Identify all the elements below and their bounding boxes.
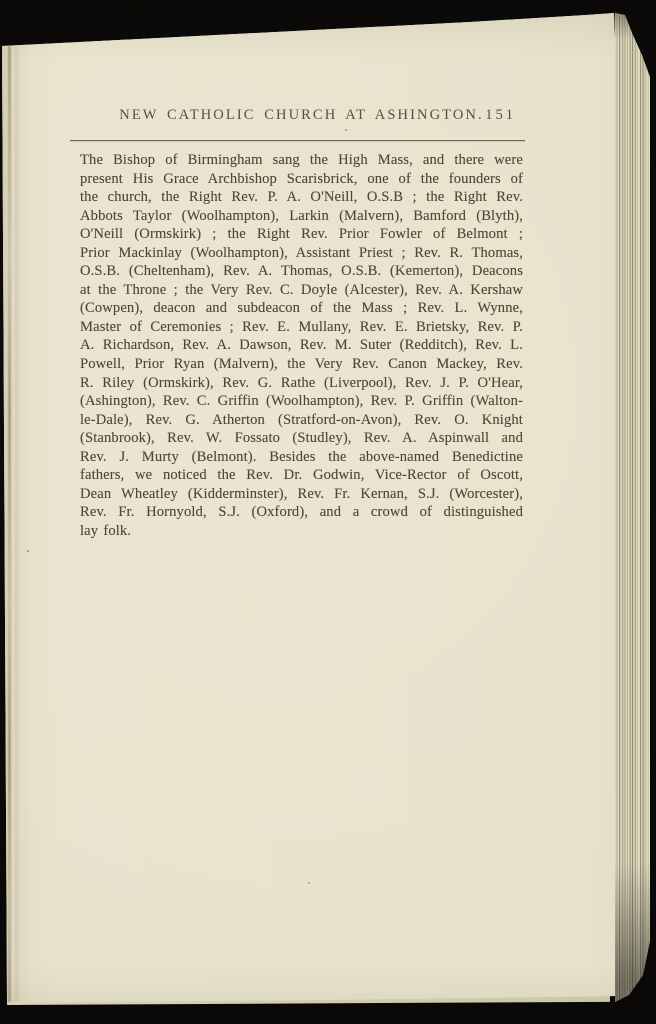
text-line: (Ashington), Rev. C. Griffin (Woolhampto… (80, 392, 523, 411)
text-line: A. Richardson, Rev. A. Dawson, Rev. M. S… (80, 336, 523, 355)
text-line: O'Neill (Ormskirk) ; the Right Rev. Prio… (80, 225, 523, 244)
text-line: present His Grace Archbishop Scarisbrick… (80, 170, 523, 189)
text-line: fathers, we noticed the Rev. Dr. Godwin,… (80, 466, 523, 485)
page-header: NEW CATHOLIC CHURCH AT ASHINGTON. 151 (80, 107, 523, 129)
gutter-shadow (15, 46, 21, 1002)
text-line: Rev. J. Murty (Belmont). Besides the abo… (80, 448, 523, 467)
text-line: Rev. Fr. Hornyold, S.J. (Oxford), and a … (80, 503, 523, 522)
article-text: The Bishop of Birmingham sang the High M… (80, 151, 523, 540)
text-line: The Bishop of Birmingham sang the High M… (80, 151, 523, 170)
text-line: O.S.B. (Cheltenham), Rev. A. Thomas, O.S… (80, 262, 523, 281)
book-page: NEW CATHOLIC CHURCH AT ASHINGTON. 151 Th… (0, 0, 656, 1024)
dust-speck (27, 550, 29, 552)
text-line: Abbots Taylor (Woolhampton), Larkin (Mal… (80, 207, 523, 226)
running-title: NEW CATHOLIC CHURCH AT ASHINGTON. (80, 107, 523, 124)
text-line: (Cowpen), deacon and subdeacon of the Ma… (80, 299, 523, 318)
text-line: the church, the Right Rev. P. A. O'Neill… (80, 188, 523, 207)
text-line: Dean Wheatley (Kidderminster), Rev. Fr. … (80, 485, 523, 504)
gutter-crease (8, 46, 11, 1002)
text-line: le-Dale), Rev. G. Atherton (Stratford-on… (80, 411, 523, 430)
text-line: (Stanbrook), Rev. W. Fossato (Studley), … (80, 429, 523, 448)
text-line: Powell, Prior Ryan (Malvern), the Very R… (80, 355, 523, 374)
dust-speck (308, 882, 310, 884)
fore-edge-page-stack (615, 13, 650, 1002)
page-number: 151 (485, 107, 516, 124)
text-line: R. Riley (Ormskirk), Rev. G. Rathe (Live… (80, 374, 523, 393)
dust-speck (345, 129, 347, 131)
text-line: lay folk. (80, 522, 523, 541)
text-line: Master of Ceremonies ; Rev. E. Mullany, … (80, 318, 523, 337)
header-rule (70, 140, 525, 141)
text-line: at the Throne ; the Very Rev. C. Doyle (… (80, 281, 523, 300)
text-line: Prior Mackinlay (Woolhampton), Assistant… (80, 244, 523, 263)
